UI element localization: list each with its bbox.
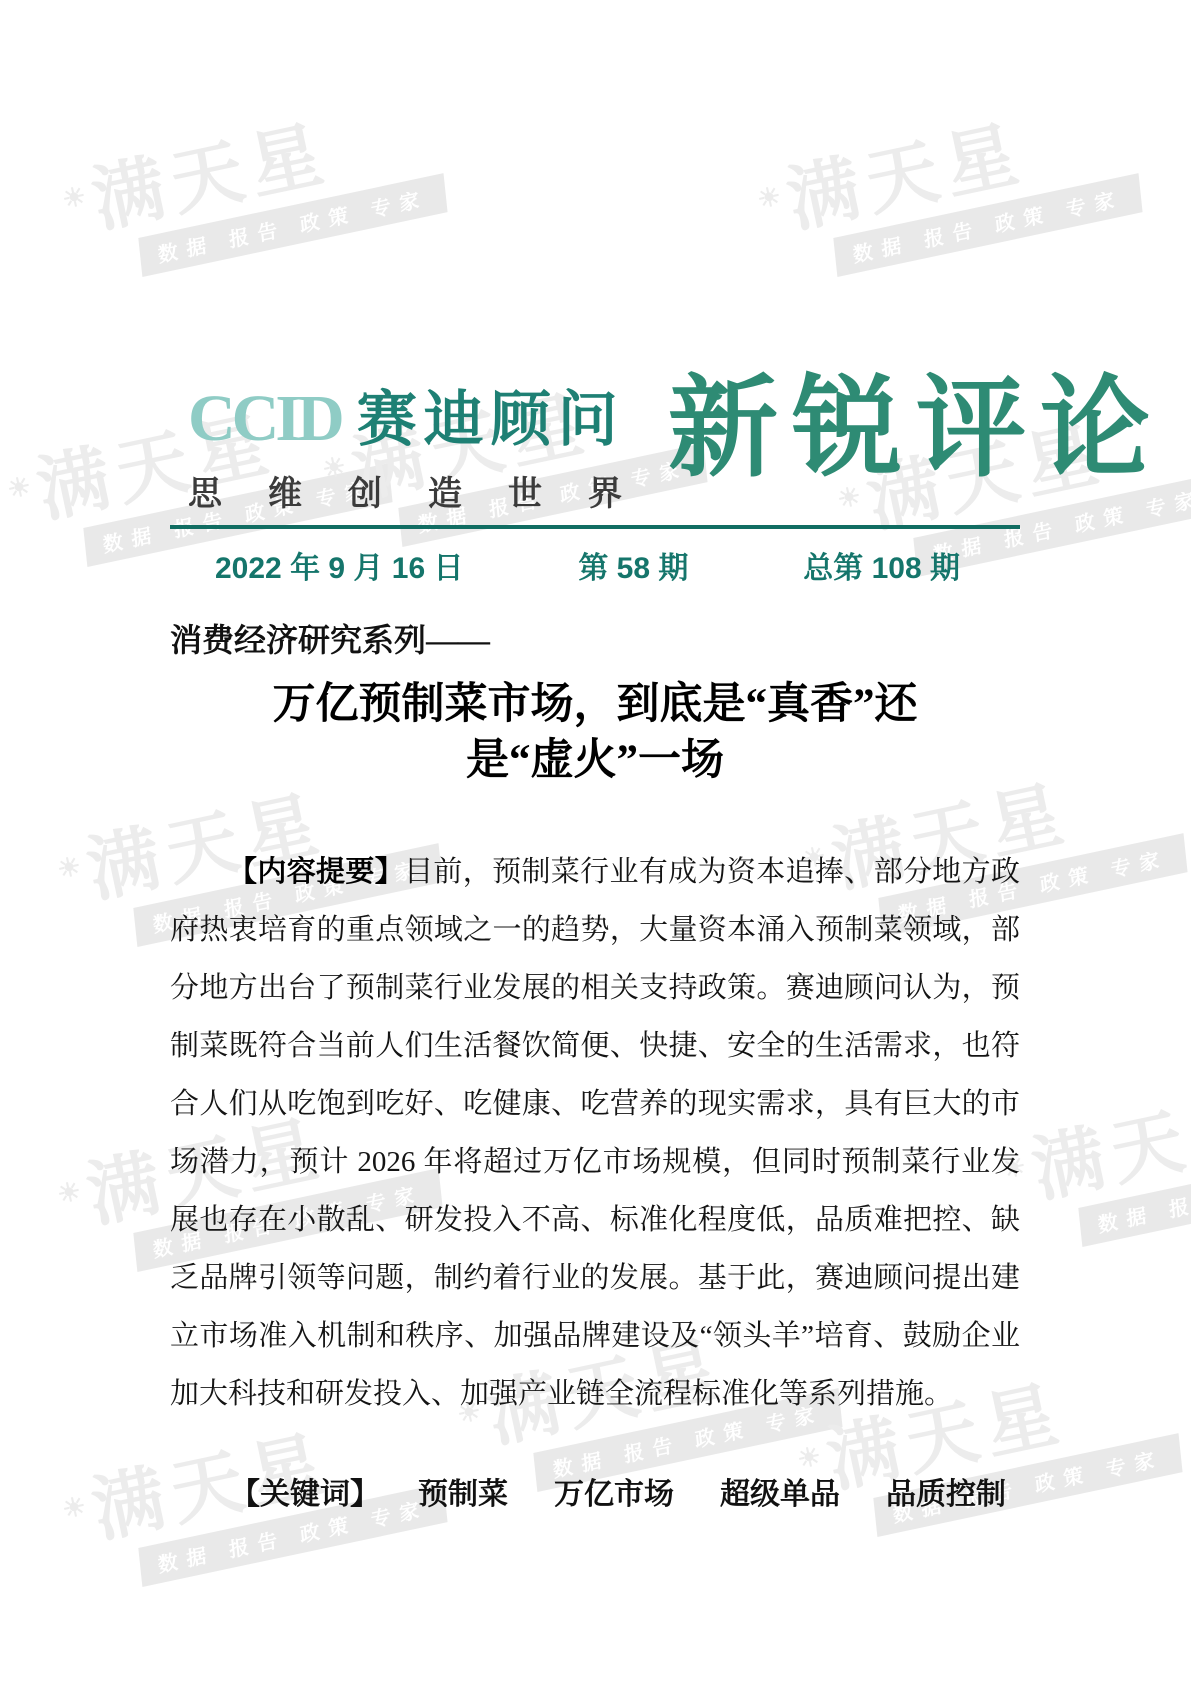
sun-icon: ☀ [60,1491,96,1523]
masthead: CCID 赛迪顾问 思维创造世界 新锐评论 2022 年 9 月 16 日 第 … [170,360,1020,587]
watermark-banner: 数据 报告 政策 专家 [138,173,447,277]
brand-name: 赛迪顾问 [357,390,625,450]
ccid-wordmark: CCID [188,386,341,452]
article-title-line2: 是“虚火”一场 [466,737,724,784]
issue-number: 第 58 期 [578,543,688,587]
keyword: 万亿市场 [554,1469,674,1513]
issue-date: 2022 年 9 月 16 日 [215,543,463,587]
watermark-banner: 数据 报告 政策 专家 [1078,1143,1191,1247]
keywords-row: 【关键词】 预制菜 万亿市场 超级单品 品质控制 [170,1469,1020,1513]
keywords-label: 【关键词】 [230,1469,380,1513]
ccid-logo: CCID 赛迪顾问 思维创造世界 [170,360,668,515]
watermark: ☀满天星 数据 报告 政策 专家 [781,95,1144,283]
abstract-paragraph: 【内容提要】目前，预制菜行业有成为资本追捧、部分地方政府热衷培育的重点领域之一的… [170,843,1020,1423]
series-title: 消费经济研究系列—— [170,615,1020,661]
watermark: ☀满天星 数据 报告 政策 专家 [1026,1065,1191,1253]
keyword: 超级单品 [720,1469,840,1513]
ccid-logo-top: CCID 赛迪顾问 [188,386,668,452]
keyword: 品质控制 [886,1469,1006,1513]
sun-icon: ☀ [55,1176,91,1208]
keyword: 预制菜 [418,1469,508,1513]
sun-icon: ☀ [55,851,91,883]
divider-rule [170,525,1020,529]
watermark-banner: 数据 报告 政策 专家 [833,173,1142,277]
abstract-text: 目前，预制菜行业有成为资本追捧、部分地方政府热衷培育的重点领域之一的趋势，大量资… [170,856,1020,1410]
watermark-logo: ☀满天星 [781,95,1134,237]
watermark-logo: ☀满天星 [1026,1065,1191,1207]
watermark: ☀满天星 数据 报告 政策 专家 [86,95,449,283]
content-column: CCID 赛迪顾问 思维创造世界 新锐评论 2022 年 9 月 16 日 第 … [170,360,1020,1513]
masthead-title: 新锐评论 [668,354,1164,503]
cumulative-issue-number: 总第 108 期 [803,543,960,587]
article-title: 万亿预制菜市场，到底是“真香”还 是“虚火”一场 [170,677,1020,789]
issue-line: 2022 年 9 月 16 日 第 58 期 总第 108 期 [215,543,960,587]
sun-icon: ☀ [755,181,791,213]
sun-icon: ☀ [60,181,96,213]
abstract-label: 【内容提要】 [228,856,404,888]
watermark-logo: ☀满天星 [86,95,439,237]
sun-icon: ☀ [5,471,41,503]
brand-slogan: 思维创造世界 [188,466,668,515]
brand-row: CCID 赛迪顾问 思维创造世界 新锐评论 [170,360,1020,515]
article-title-line1: 万亿预制菜市场，到底是“真香”还 [273,681,918,728]
document-page: ☀满天星 数据 报告 政策 专家 ☀满天星 数据 报告 政策 专家 ☀满天星 数… [0,0,1191,1684]
